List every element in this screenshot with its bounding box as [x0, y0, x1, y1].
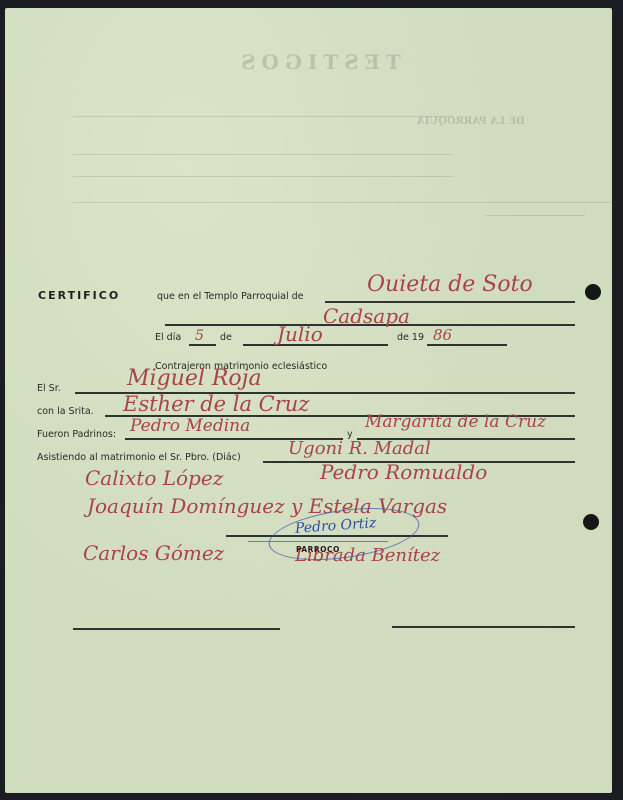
witness-1: Calixto López [85, 466, 223, 490]
mes-value: Julio [277, 322, 323, 346]
bottom-signature-line-left [73, 628, 280, 630]
bleed-line [73, 176, 453, 177]
padrinos-label: Fueron Padrinos: [37, 429, 116, 440]
bleed-line [73, 202, 613, 203]
signature-stroke [248, 541, 388, 542]
sr-label: El Sr. [37, 383, 61, 394]
certifico-header: CERTIFICO [38, 289, 120, 302]
asistiendo-label: Asistiendo al matrimonio el Sr. Pbro. (D… [37, 452, 241, 463]
templo-label: que en el Templo Parroquial de [157, 291, 304, 302]
madrina-value: Margarita de la Cruz [365, 412, 546, 432]
certificate-paper: TESTIGOS DE LA PARROQUIA CERTIFICO que e… [5, 8, 612, 793]
bottom-signature-line-right [392, 626, 575, 628]
anio-value: 86 [433, 326, 452, 344]
witness-2: Pedro Romualdo [320, 460, 487, 484]
asistiendo-value: Ugoni R. Madal [288, 438, 431, 459]
dia-line [189, 344, 216, 346]
templo-value-2: Cadsapa [323, 304, 410, 328]
witness-4: Carlos Gómez [83, 541, 224, 565]
dia-value: 5 [195, 328, 204, 344]
templo-value-1: Ouieta de Soto [367, 272, 533, 297]
bleed-line [485, 215, 585, 216]
binder-hole-top [585, 284, 601, 300]
srita-value: Esther de la Cruz [123, 392, 309, 416]
templo-line [325, 301, 575, 303]
bleed-line [73, 116, 453, 117]
srita-label: con la Srita. [37, 406, 94, 417]
bleed-through-title: TESTIGOS [235, 50, 401, 74]
bleed-through-side-label: DE LA PARROQUIA [417, 116, 525, 127]
anio-label: de 19 [397, 332, 424, 343]
padrino-value: Pedro Medina [130, 416, 250, 436]
sr-value: Miguel Roja [127, 366, 262, 391]
binder-hole-bottom [583, 514, 599, 530]
anio-line [427, 344, 507, 346]
dia-label: El día [155, 332, 181, 343]
de-label: de [220, 332, 232, 343]
bleed-line [73, 154, 453, 155]
